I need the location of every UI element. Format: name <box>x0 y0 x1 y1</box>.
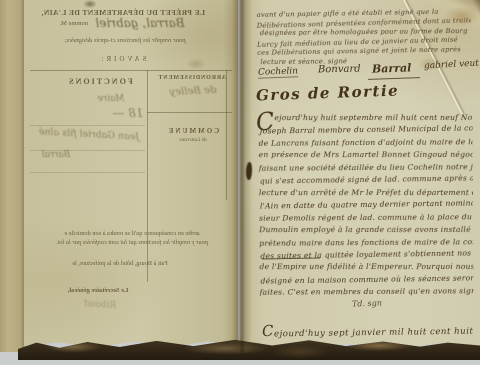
ornate-initial-bottom: C <box>261 322 274 341</box>
entry2-paragraph: ejourd'huy huit septembre mil huit cent … <box>258 111 473 299</box>
commune-entry: de Lancrans <box>165 137 221 143</box>
table-rule-vertical <box>147 70 148 282</box>
footer-line1: arrête en conséquence qu'il se rendra à … <box>32 230 232 237</box>
ledger-line <box>30 172 145 173</box>
entry2-line: Dumoulin employé à la grande caisse avon… <box>259 224 473 237</box>
col-header-arrondissement: ARRONDISSEMENT <box>150 75 234 81</box>
entry1-paragraph: avant d'un papier giflé a été établi et … <box>257 7 472 68</box>
entry2-end-mark: Td. sgn <box>352 298 382 308</box>
fonctions-entry-show-through: 18 — <box>105 106 151 120</box>
fonctions-entry-show-through: Barral <box>34 150 78 160</box>
footer-line2: pour y remplir les fonctions qui lui son… <box>32 239 232 246</box>
book-fore-edge <box>0 0 27 352</box>
scanned-register-spread: LE PRÉFET DU DÉPARTEMENT DE L'AIN, nomme… <box>0 0 480 365</box>
entry2-line: en présence de Mrs Lamartel Bonnet Gingo… <box>259 149 473 162</box>
col-header-commune: COMMUNE <box>158 127 228 135</box>
table-rule-top <box>30 70 232 71</box>
footer-line3: Fait à Bourg, hôtel de la préfecture, le <box>45 260 195 267</box>
entry2-line: sieur Demolis régent de lad. commune à l… <box>259 211 473 225</box>
col-header-fonctions: FONCTIONS <box>55 77 145 86</box>
signature-barral: Barral <box>372 61 412 75</box>
table-rule-mid <box>147 112 232 113</box>
footer-line4: Le Secrétaire général, <box>58 287 138 294</box>
entry2-line: faites. C'est en membres du conseil qu'e… <box>260 286 474 300</box>
savoir-label: SAVOIR: <box>85 55 160 63</box>
signature-cochelin: Cochelin <box>258 66 298 78</box>
nominee-name-show-through: Barral, gabriel <box>75 16 205 30</box>
left-page <box>24 0 238 350</box>
signature-bonvard: Bonvard <box>318 64 361 76</box>
fonctions-entry-show-through: Maire <box>88 94 134 104</box>
fonctions-subtitle: pour remplir les fonctions ci-après dési… <box>50 37 200 44</box>
